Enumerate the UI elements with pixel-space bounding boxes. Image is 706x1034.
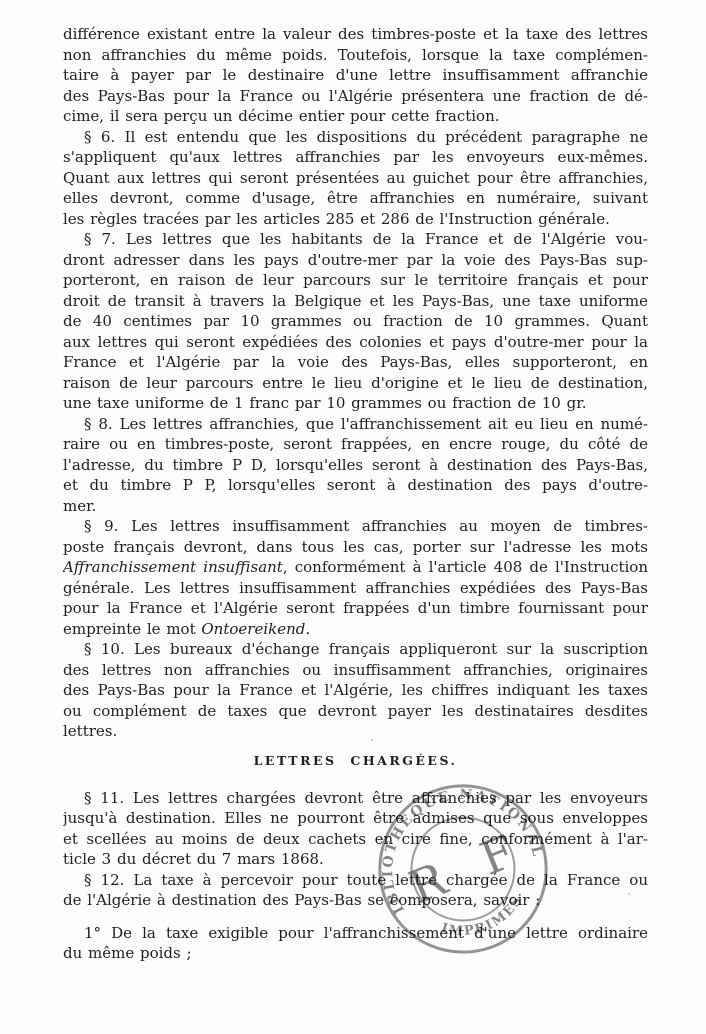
scan-speck bbox=[165, 31, 168, 34]
paragraph: § 10. Les bureaux d'échange français app… bbox=[63, 639, 648, 742]
text-line: § 10. Les bureaux d'échange français app… bbox=[63, 639, 648, 660]
text-line: non affranchies du même poids. Toutefois… bbox=[63, 45, 648, 66]
paragraph: § 9. Les lettres insuffisamment affranch… bbox=[63, 516, 648, 639]
italic-phrase: Affranchissement insuffisant bbox=[63, 558, 283, 576]
text-line: raire ou en timbres-poste, seront frappé… bbox=[63, 434, 648, 455]
paragraph: § 7. Les lettres que les habitants de la… bbox=[63, 229, 648, 414]
text-line: différence existant entre la valeur des … bbox=[63, 24, 648, 45]
text-line: porteront, en raison de leur parcours su… bbox=[63, 270, 648, 291]
text-line: des lettres non affranchies ou insuffisa… bbox=[63, 660, 648, 681]
text-line: raison de leur parcours entre le lieu d'… bbox=[63, 373, 648, 394]
text-line: de 40 centimes par 10 grammes ou fractio… bbox=[63, 311, 648, 332]
text-line: § 8. Les lettres affranchies, que l'affr… bbox=[63, 414, 648, 435]
text-line: Quant aux lettres qui seront présentées … bbox=[63, 168, 648, 189]
text-line: les règles tracées par les articles 285 … bbox=[63, 209, 648, 230]
text-line: pour la France et l'Algérie seront frapp… bbox=[63, 598, 648, 619]
scan-speck bbox=[371, 739, 373, 741]
section-heading: LETTRES CHARGÉES. bbox=[63, 752, 648, 769]
text-line: § 7. Les lettres que les habitants de la… bbox=[63, 229, 648, 250]
text-line: § 6. Il est entendu que les dispositions… bbox=[63, 127, 648, 148]
text-line: des Pays-Bas pour la France et l'Algérie… bbox=[63, 680, 648, 701]
text-line: dront adresser dans les pays d'outre-mer… bbox=[63, 250, 648, 271]
text-line: lettres. bbox=[63, 721, 648, 742]
paragraph: différence existant entre la valeur des … bbox=[63, 24, 648, 127]
text-line: § 9. Les lettres insuffisamment affranch… bbox=[63, 516, 648, 537]
text-line: l'adresse, du timbre P D, lorsqu'elles s… bbox=[63, 455, 648, 476]
text-line: taire à payer par le destinaire d'une le… bbox=[63, 65, 648, 86]
text-line: Affranchissement insuffisant, conforméme… bbox=[63, 557, 648, 578]
text-line: des Pays-Bas pour la France ou l'Algérie… bbox=[63, 86, 648, 107]
text-line: ou complément de taxes que devront payer… bbox=[63, 701, 648, 722]
paragraph: § 8. Les lettres affranchies, que l'affr… bbox=[63, 414, 648, 517]
text-line: France et l'Algérie par la voie des Pays… bbox=[63, 352, 648, 373]
text-line: du même poids ; bbox=[63, 943, 648, 964]
paragraph: § 6. Il est entendu que les dispositions… bbox=[63, 127, 648, 230]
text-line: elles devront, comme d'usage, être affra… bbox=[63, 188, 648, 209]
text-line: s'appliquent qu'aux lettres affranchies … bbox=[63, 147, 648, 168]
text-line: aux lettres qui seront expédiées des col… bbox=[63, 332, 648, 353]
text-line: empreinte le mot Ontoereikend. bbox=[63, 619, 648, 640]
text-line: droit de transit à travers la Belgique e… bbox=[63, 291, 648, 312]
scanned-document-page: différence existant entre la valeur des … bbox=[0, 0, 706, 1034]
text-line: une taxe uniforme de 1 franc par 10 gram… bbox=[63, 393, 648, 414]
text-line: et du timbre P P, lorsqu'elles seront à … bbox=[63, 475, 648, 496]
text-line: cime, il sera perçu un décime entier pou… bbox=[63, 106, 648, 127]
italic-phrase: Ontoereikend bbox=[201, 620, 305, 638]
text-line: mer. bbox=[63, 496, 648, 517]
text-line: générale. Les lettres insuffisamment aff… bbox=[63, 578, 648, 599]
text-line: poste français devront, dans tous les ca… bbox=[63, 537, 648, 558]
scan-speck bbox=[628, 893, 630, 895]
